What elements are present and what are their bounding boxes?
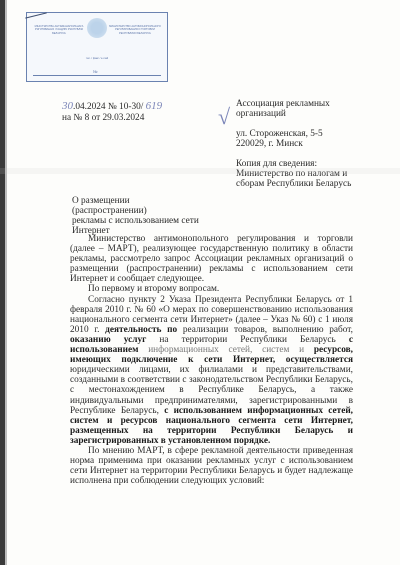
subject-line-1: О размещении (распространении)	[72, 196, 202, 216]
reply-to-line: на № 8 от 29.03.2024	[62, 113, 162, 124]
outgoing-number-line: 30.04.2024 № 10-30/ 619	[62, 101, 162, 113]
body-paragraph-1: Министерство антимонопольного регулирова…	[70, 234, 353, 284]
stamp-number-mark: №	[93, 70, 97, 73]
p3-text-g: информационных сетей, систем и	[138, 345, 313, 355]
addressee-name-2: организаций	[236, 109, 396, 119]
copy-recipient-2: сборам Республики Беларусь	[236, 179, 396, 189]
stamp-right-column: МИНИСТЕРСТВО АНТИМОНОПОЛЬНОГО РЕГУЛИРОВА…	[107, 25, 163, 35]
addressee-street: ул. Стороженская, 5-5	[236, 129, 396, 139]
letter-subject: О размещении (распространении) рекламы с…	[72, 196, 202, 236]
stamp-contacts: тел. / факс / e-mail	[37, 57, 157, 60]
body-paragraph-3: Согласно пункту 2 Указа Президента Респу…	[70, 295, 353, 446]
p3-text-e: на территории Республики Беларусь	[146, 335, 348, 345]
handwritten-number: 619	[146, 100, 163, 112]
body-paragraph-2: По первому и второму вопросам.	[70, 284, 353, 294]
handwritten-checkmark-icon: √	[218, 104, 230, 130]
addressee-city: 220029, г. Минск	[236, 139, 396, 149]
outgoing-reference: 30.04.2024 № 10-30/ 619 на № 8 от 29.03.…	[62, 101, 162, 124]
p3-text-c: реализации товаров, выполнению работ,	[177, 325, 353, 335]
letter-body: Министерство антимонопольного регулирова…	[70, 234, 353, 486]
letterhead-stamp: МІНІСТЭРСТВА АНТЫМАНАПОЛЬНАГА РЭГУЛЯВАНН…	[26, 12, 168, 82]
stamp-left-column: МІНІСТЭРСТВА АНТЫМАНАПОЛЬНАГА РЭГУЛЯВАНН…	[31, 25, 87, 35]
p3-bold-d: оказанию услуг	[70, 335, 146, 345]
stamp-underline	[33, 75, 161, 76]
date-and-number: .04.2024 № 10-30/	[73, 102, 143, 112]
addressee-name-1: Ассоциация рекламных	[236, 99, 396, 109]
scan-left-edge-shadow	[5, 0, 7, 565]
body-paragraph-4: По мнению МАРТ, в сфере рекламной деятел…	[70, 446, 353, 486]
handwritten-day: 30	[62, 100, 73, 112]
addressee-block: Ассоциация рекламных организаций ул. Сто…	[236, 99, 396, 189]
scan-artifact	[0, 168, 400, 174]
p3-bold-b: деятельность по	[105, 325, 177, 335]
stamp-corner-mark	[25, 12, 47, 18]
subject-line-2: рекламы с использованием сети	[72, 216, 202, 226]
state-emblem-icon	[87, 18, 107, 38]
